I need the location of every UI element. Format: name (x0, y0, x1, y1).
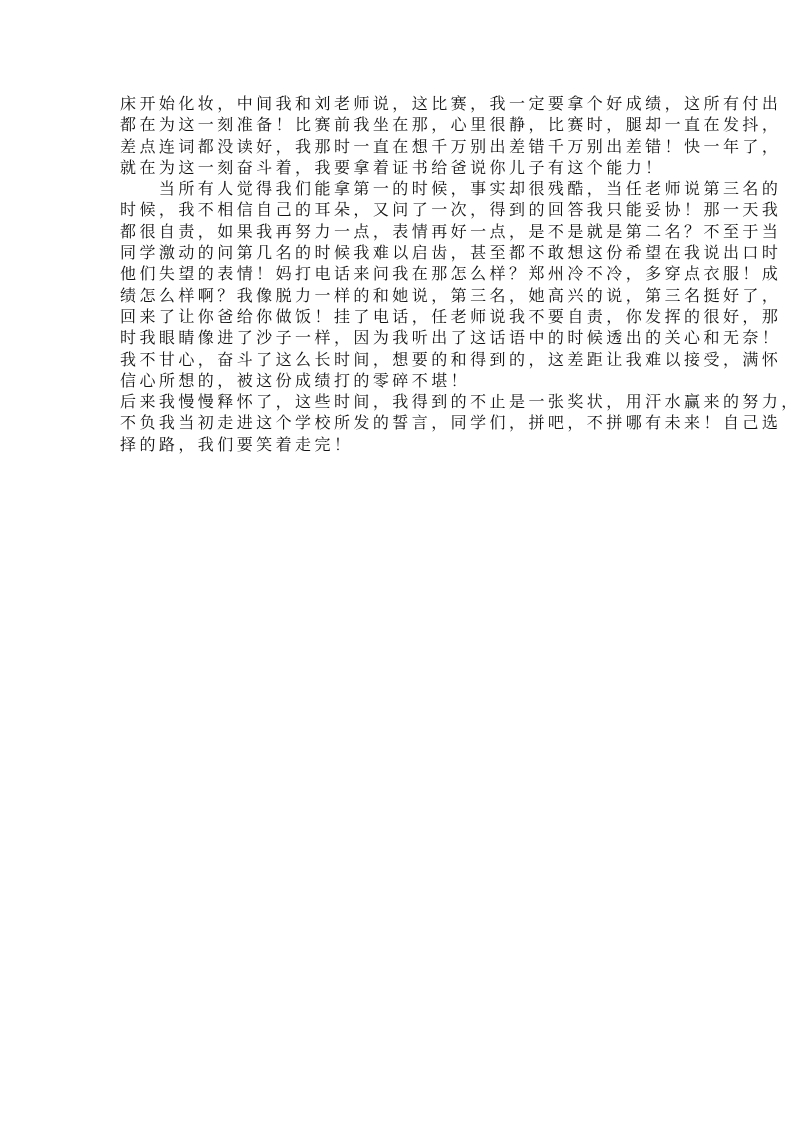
text-line: 都在为这一刻准备！比赛前我坐在那，心里很静，比赛时，腿却一直在发抖， (120, 114, 700, 135)
text-line: 床开始化妆，中间我和刘老师说，这比赛，我一定要拿个好成绩，这所有付出 (120, 93, 700, 114)
text-line: 当所有人觉得我们能拿第一的时候，事实却很残酷，当任老师说第三名的 (120, 178, 700, 199)
text-line: 我不甘心，奋斗了这么长时间，想要的和得到的，这差距让我难以接受，满怀 (120, 349, 700, 370)
text-line: 差点连词都没读好，我那时一直在想千万别出差错千万别出差错！快一年了， (120, 136, 700, 157)
text-line: 信心所想的，被这份成绩打的零碎不堪！ (120, 370, 700, 391)
text-line: 他们失望的表情！妈打电话来问我在那怎么样？郑州冷不冷，多穿点衣服！成 (120, 263, 700, 284)
text-line: 择的路，我们要笑着走完！ (120, 434, 700, 455)
text-line: 绩怎么样啊？我像脱力一样的和她说，第三名，她高兴的说，第三名挺好了， (120, 285, 700, 306)
essay-text: 床开始化妆，中间我和刘老师说，这比赛，我一定要拿个好成绩，这所有付出 都在为这一… (120, 93, 700, 455)
text-line: 就在为这一刻奋斗着，我要拿着证书给爸说你儿子有这个能力！ (120, 157, 700, 178)
text-line: 时候，我不相信自己的耳朵，又问了一次，得到的回答我只能妥协！那一天我 (120, 199, 700, 220)
text-line: 时我眼睛像进了沙子一样，因为我听出了这话语中的时候透出的关心和无奈！ (120, 327, 700, 348)
document-page: 床开始化妆，中间我和刘老师说，这比赛，我一定要拿个好成绩，这所有付出 都在为这一… (0, 0, 794, 1123)
text-line: 不负我当初走进这个学校所发的誓言，同学们，拼吧，不拼哪有未来！自己选 (120, 412, 700, 433)
text-line: 同学激动的问第几名的时候我难以启齿，甚至都不敢想这份希望在我说出口时 (120, 242, 700, 263)
text-line: 回来了让你爸给你做饭！挂了电话，任老师说我不要自责，你发挥的很好，那 (120, 306, 700, 327)
text-line: 都很自责，如果我再努力一点，表情再好一点，是不是就是第二名？不至于当 (120, 221, 700, 242)
text-line: 后来我慢慢释怀了，这些时间，我得到的不止是一张奖状，用汗水赢来的努力， (120, 391, 700, 412)
